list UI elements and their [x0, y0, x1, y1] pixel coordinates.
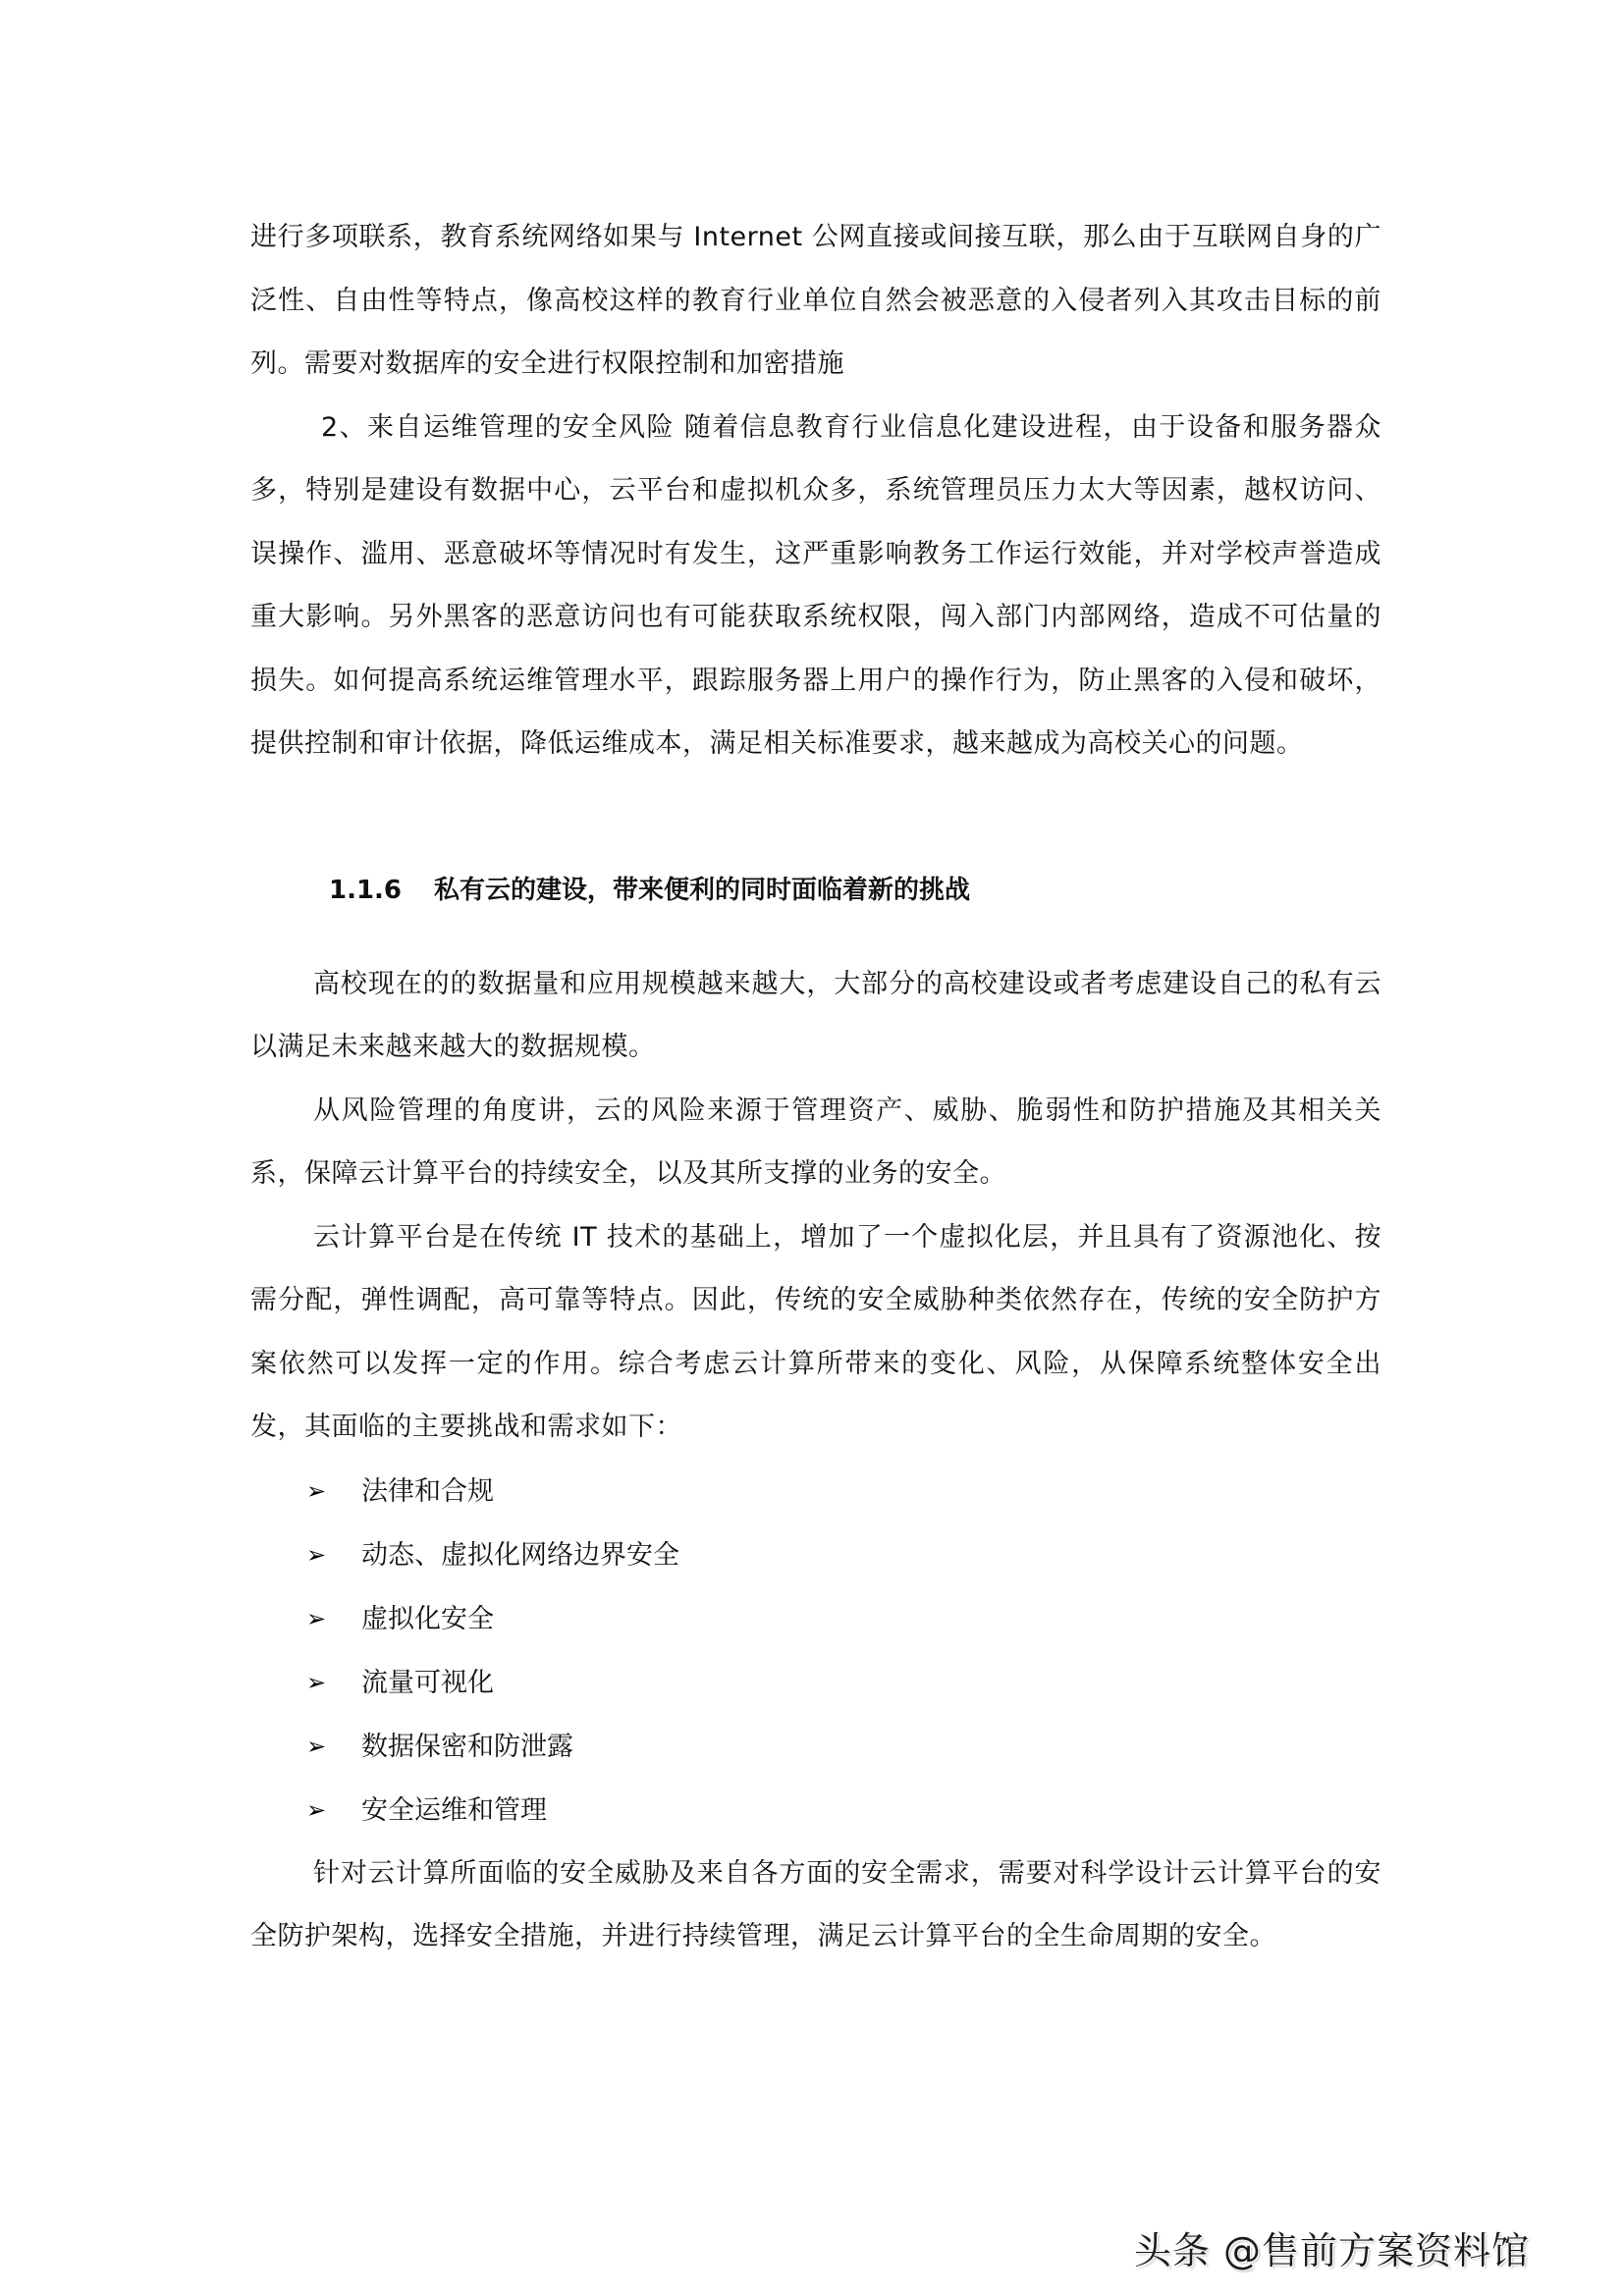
section-heading: 1.1.6 私有云的建设，带来便利的同时面临着新的挑战 [250, 871, 1381, 910]
list-item-label: 法律和合规 [361, 1460, 494, 1523]
paragraph-network-risk: 进行多项联系，教育系统网络如果与 Internet 公网直接或间接互联，那么由于… [250, 206, 1381, 397]
watermark: 头条 @售前方案资料馆 [1134, 2220, 1530, 2274]
list-item: ➢ 安全运维和管理 [250, 1779, 1381, 1842]
section-number: 1.1.6 [329, 871, 434, 910]
document-page: 进行多项联系，教育系统网络如果与 Internet 公网直接或间接互联，那么由于… [250, 206, 1381, 1969]
spacer [250, 776, 1381, 871]
list-item: ➢ 流量可视化 [250, 1651, 1381, 1715]
list-item: ➢ 动态、虚拟化网络边界安全 [250, 1523, 1381, 1587]
arrowhead-bullet-icon: ➢ [306, 1715, 361, 1779]
list-item-label: 安全运维和管理 [361, 1779, 547, 1842]
arrowhead-bullet-icon: ➢ [306, 1651, 361, 1715]
arrowhead-bullet-icon: ➢ [306, 1523, 361, 1587]
list-item-label: 数据保密和防泄露 [361, 1715, 573, 1779]
list-item: ➢ 法律和合规 [250, 1460, 1381, 1523]
paragraph-cloud-platform: 云计算平台是在传统 IT 技术的基础上，增加了一个虚拟化层，并且具有了资源池化、… [250, 1206, 1381, 1460]
paragraph-closing: 针对云计算所面临的安全威胁及来自各方面的安全需求，需要对科学设计云计算平台的安全… [250, 1842, 1381, 1969]
list-item: ➢ 数据保密和防泄露 [250, 1715, 1381, 1779]
paragraph-risk-management: 从风险管理的角度讲，云的风险来源于管理资产、威胁、脆弱性和防护措施及其相关关系，… [250, 1080, 1381, 1206]
list-item-label: 动态、虚拟化网络边界安全 [361, 1523, 679, 1587]
challenges-list: ➢ 法律和合规 ➢ 动态、虚拟化网络边界安全 ➢ 虚拟化安全 ➢ 流量可视化 ➢… [250, 1460, 1381, 1842]
arrowhead-bullet-icon: ➢ [306, 1779, 361, 1842]
list-item: ➢ 虚拟化安全 [250, 1587, 1381, 1651]
list-item-label: 流量可视化 [361, 1651, 494, 1715]
arrowhead-bullet-icon: ➢ [306, 1587, 361, 1651]
paragraph-ops-risk: 2、来自运维管理的安全风险 随着信息教育行业信息化建设进程，由于设备和服务器众多… [250, 397, 1381, 776]
paragraph-private-cloud: 高校现在的的数据量和应用规模越来越大，大部分的高校建设或者考虑建设自己的私有云以… [250, 953, 1381, 1080]
list-item-label: 虚拟化安全 [361, 1587, 494, 1651]
spacer [250, 910, 1381, 953]
section-title: 私有云的建设，带来便利的同时面临着新的挑战 [434, 871, 970, 910]
arrowhead-bullet-icon: ➢ [306, 1460, 361, 1523]
